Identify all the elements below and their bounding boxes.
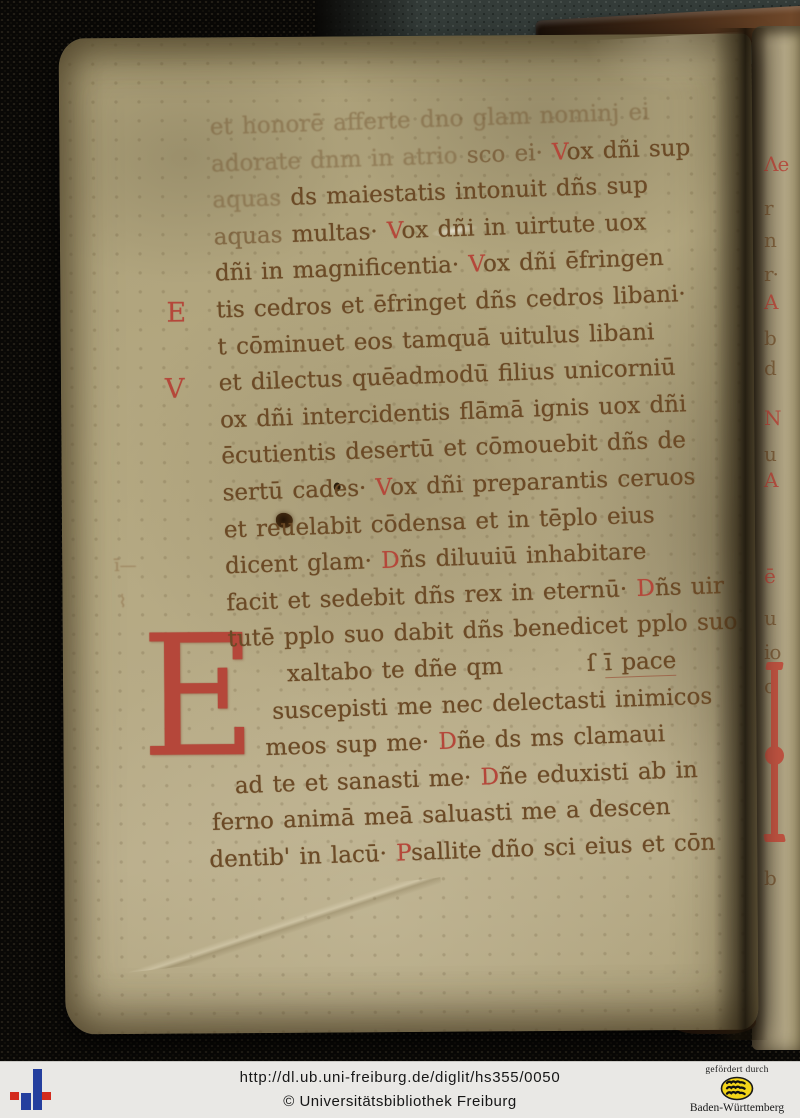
manuscript-line-segment: sco ei· xyxy=(466,139,552,168)
manuscript-line-segment: P xyxy=(396,840,412,867)
manuscript-line-segment: ox dñi in uirtute uox xyxy=(401,209,647,244)
manuscript-line-segment: V xyxy=(375,475,390,501)
manuscript-line-segment: aquas xyxy=(212,185,291,214)
manuscript-line-segment: adorate dnm in atrio xyxy=(211,142,468,177)
parchment-crease xyxy=(122,877,447,972)
manuscript-line-segment: dñi in magnificentia· xyxy=(215,252,469,287)
manuscript-line-segment: ad te et sanasti me· xyxy=(234,764,481,799)
book-gutter-shadow xyxy=(714,28,768,1040)
manuscript-text: et honorē afferte dno glam nominj eiador… xyxy=(209,92,748,878)
manuscript-line-segment: ī pace xyxy=(604,648,677,678)
manuscript-line-segment: V xyxy=(468,252,483,278)
manuscript-line-segment: ñs diluuiū inhabitare xyxy=(399,539,647,574)
manuscript-line-segment: V xyxy=(552,139,567,165)
facing-page-red-initial-i xyxy=(766,662,784,842)
manuscript-line-segment: ñe ds ms clamaui xyxy=(457,721,666,754)
footer-text: http://dl.ub.uni-freiburg.de/diglit/hs35… xyxy=(0,1069,800,1110)
manuscript-line-segment: dentib' in lacū· xyxy=(209,840,397,873)
manuscript-line-segment: meos sup me· xyxy=(265,729,439,761)
manuscript-line-segment: xaltabo te dñe qm xyxy=(287,654,504,688)
manuscript-page: EVī—⌇ E et honorē afferte dno glam nomin… xyxy=(59,34,759,1035)
manuscript-line-segment: V xyxy=(387,218,402,244)
funding-credit: gefördert durch Baden-Württemberg xyxy=(682,1065,792,1114)
manuscript-line-segment: ox dñi ēfringen xyxy=(483,245,665,277)
manuscript-line-segment: ox dñi sup xyxy=(566,135,691,165)
manuscript-line-segment: D xyxy=(636,575,655,602)
manuscript-line-segment: ſ xyxy=(586,650,605,677)
manuscript-line-segment: multas· xyxy=(291,218,387,247)
manuscript-line-segment: ñe eduxisti ab in xyxy=(499,757,699,790)
manuscript-line-segment: D xyxy=(480,764,499,791)
manuscript-line-segment: dicent glam· xyxy=(225,548,382,579)
manuscript-line-segment: D xyxy=(381,547,400,574)
margin-mark: ī— xyxy=(114,558,137,575)
manuscript-line-segment: sallite dño sci eius et cōn xyxy=(411,829,716,866)
margin-mark: ⌇ xyxy=(118,594,126,611)
manuscript-line-segment: ox dñi preparantis ceruos xyxy=(390,464,696,501)
source-url: http://dl.ub.uni-freiburg.de/diglit/hs35… xyxy=(0,1069,800,1086)
footer-bar: http://dl.ub.uni-freiburg.de/diglit/hs35… xyxy=(0,1061,800,1118)
margin-initial: V xyxy=(165,376,185,403)
manuscript-line-segment: D xyxy=(438,729,457,756)
manuscript-photo-scene: Λernr·AbdNuAēuioob EVī—⌇ E et honorē aff… xyxy=(0,0,800,1118)
manuscript-line-segment: sertū cades· xyxy=(222,475,376,506)
funder-name: Baden-Württemberg xyxy=(682,1102,792,1114)
funded-by-label: gefördert durch xyxy=(682,1065,792,1075)
baden-wuerttemberg-coat-of-arms-icon xyxy=(719,1076,755,1101)
manuscript-line-segment: aquas xyxy=(213,222,292,251)
copyright-line: © Universitätsbibliothek Freiburg xyxy=(0,1093,800,1110)
margin-initial: E xyxy=(166,300,186,327)
